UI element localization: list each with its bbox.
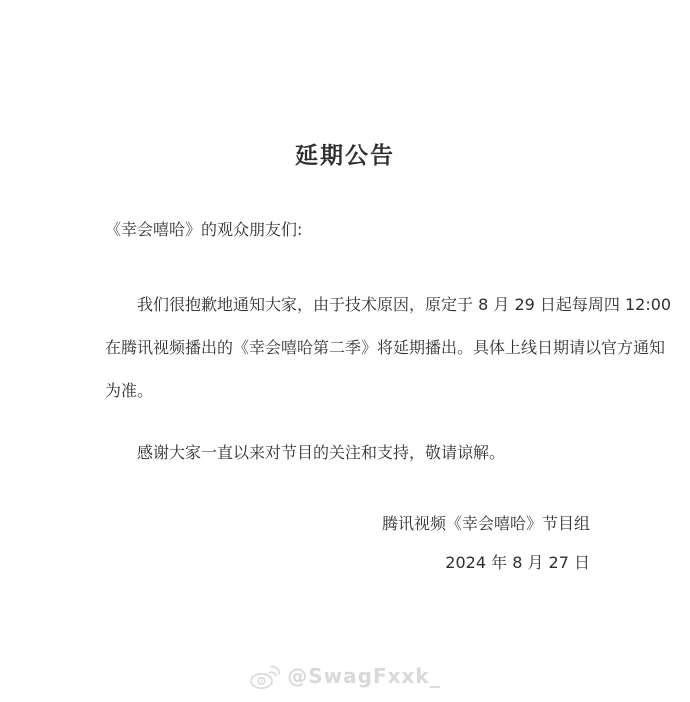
- body-line-2: 在腾讯视频播出的《幸会嘻哈第二季》将延期播出。具体上线日期请以官方通知: [105, 326, 602, 369]
- body-paragraph: 我们很抱歉地通知大家，由于技术原因，原定于 8 月 29 日起每周四 12:00…: [105, 283, 602, 412]
- page-title: 延期公告: [0, 137, 690, 170]
- salutation: 《幸会嘻哈》的观众朋友们:: [105, 217, 302, 240]
- announcement-page: 延期公告 《幸会嘻哈》的观众朋友们: 我们很抱歉地通知大家，由于技术原因，原定于…: [0, 0, 690, 702]
- weibo-icon: [249, 662, 281, 690]
- watermark-handle: @SwagFxxk_: [287, 664, 440, 688]
- thanks-paragraph: 感谢大家一直以来对节目的关注和支持，敬请谅解。: [105, 431, 602, 474]
- signature: 腾讯视频《幸会嘻哈》节目组: [382, 511, 590, 534]
- body-line-3: 为准。: [105, 369, 602, 412]
- body-line-1: 我们很抱歉地通知大家，由于技术原因，原定于 8 月 29 日起每周四 12:00: [105, 283, 602, 326]
- watermark: @SwagFxxk_: [0, 662, 690, 690]
- date: 2024 年 8 月 27 日: [445, 550, 590, 573]
